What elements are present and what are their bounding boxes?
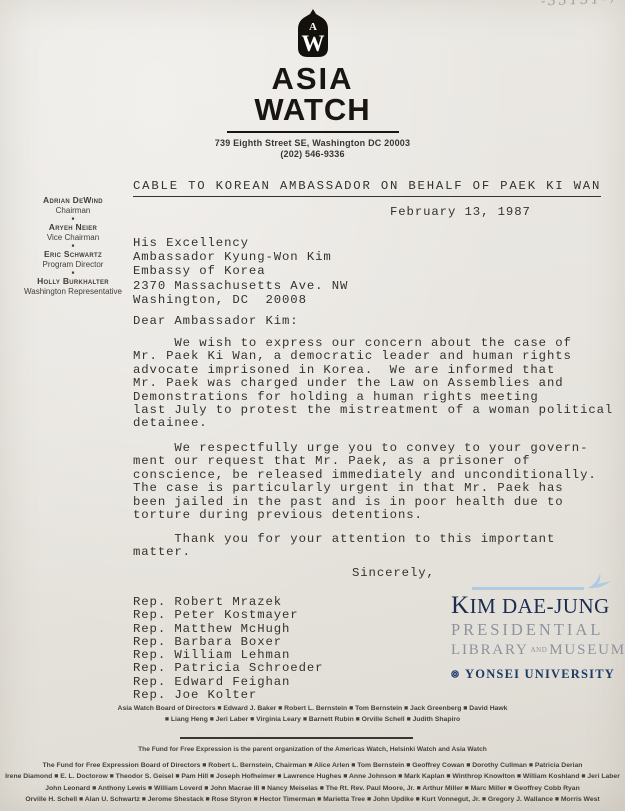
officer-entry: Eric Schwartz Program Director	[8, 250, 138, 269]
officer-name: Aryeh Neier	[8, 223, 138, 233]
officer-name: Eric Schwartz	[8, 250, 138, 260]
asia-watch-board-line-1: Asia Watch Board of Directors ■ Edward J…	[0, 703, 625, 714]
yonsei-emblem-icon	[451, 665, 459, 683]
svg-text:W: W	[301, 31, 324, 56]
officer-title: Program Director	[8, 260, 138, 270]
body-paragraph-3: Thank you for your attention to this imp…	[133, 533, 555, 560]
asia-watch-board-lines: Asia Watch Board of Directors ■ Edward J…	[0, 703, 625, 725]
officer-name: Holly Burkhalter	[8, 277, 138, 287]
letterhead-divider	[227, 131, 399, 133]
stamp-library-museum: LIBRARYANDMUSEUM	[451, 641, 615, 659]
sidebar-officers: Adrian DeWind Chairman ■ Aryeh Neier Vic…	[8, 196, 138, 296]
officer-entry: Adrian DeWind Chairman	[8, 196, 138, 215]
stamp-yonsei-university: YONSEI UNIVERSITY	[465, 667, 615, 682]
officer-title: Chairman	[8, 206, 138, 216]
letterhead-address: 739 Eighth Street SE, Washington DC 2000…	[0, 138, 625, 149]
letterhead: A W ASIA WATCH 739 Eighth Street SE, Was…	[0, 8, 625, 160]
stamp-kim-dae-jung: KIM DAE-JUNG	[451, 594, 615, 618]
officer-entry: Aryeh Neier Vice Chairman	[8, 223, 138, 242]
stamp-yonsei-row: YONSEI UNIVERSITY	[451, 665, 615, 683]
signatories-list: Rep. Robert Mrazek Rep. Peter Kostmayer …	[133, 596, 323, 702]
stamp-and-word: AND	[529, 646, 550, 654]
officer-title: Vice Chairman	[8, 233, 138, 243]
fund-board-lines: The Fund for Free Expression Board of Di…	[0, 760, 625, 805]
body-paragraph-1: We wish to express our concern about the…	[133, 337, 613, 431]
date-line: February 13, 1987	[390, 205, 531, 219]
officer-title: Washington Representative	[8, 287, 138, 297]
asia-watch-logo-icon: A W	[290, 8, 336, 62]
salutation: Dear Ambassador Kim:	[133, 314, 299, 328]
stamp-presidential: PRESIDENTIAL	[451, 620, 615, 640]
org-name-asia: ASIA	[0, 63, 625, 95]
org-name-watch: WATCH	[0, 95, 625, 124]
officer-entry: Holly Burkhalter Washington Representati…	[8, 277, 138, 296]
parent-org-line: The Fund for Free Expression is the pare…	[0, 746, 625, 753]
body-paragraph-2: We respectfully urge you to convey to yo…	[133, 442, 597, 522]
officer-name: Adrian DeWind	[8, 196, 138, 206]
dove-icon	[585, 572, 613, 590]
stamp-museum-word: MUSEUM	[549, 642, 625, 658]
kim-dae-jung-library-stamp: KIM DAE-JUNG PRESIDENTIAL LIBRARYANDMUSE…	[451, 572, 615, 683]
subject-line: CABLE TO KOREAN AMBASSADOR ON BEHALF OF …	[133, 179, 601, 197]
recipient-address-block: His Excellency Ambassador Kyung-Won Kim …	[133, 236, 348, 307]
footer-divider	[180, 737, 413, 739]
stamp-rule-row	[451, 572, 615, 592]
letterhead-phone: (202) 546-9336	[0, 149, 625, 160]
stamp-library-word: LIBRARY	[451, 642, 529, 658]
asia-watch-board-line-2: ■ Liang Heng ■ Jeri Laber ■ Virginia Lea…	[0, 714, 625, 725]
closing-sincerely: Sincerely,	[352, 566, 435, 580]
scanned-letter-page: -33131-7 A W ASIA WATCH 739 Eighth Stree…	[0, 0, 625, 811]
stamp-rule-line	[472, 587, 584, 590]
